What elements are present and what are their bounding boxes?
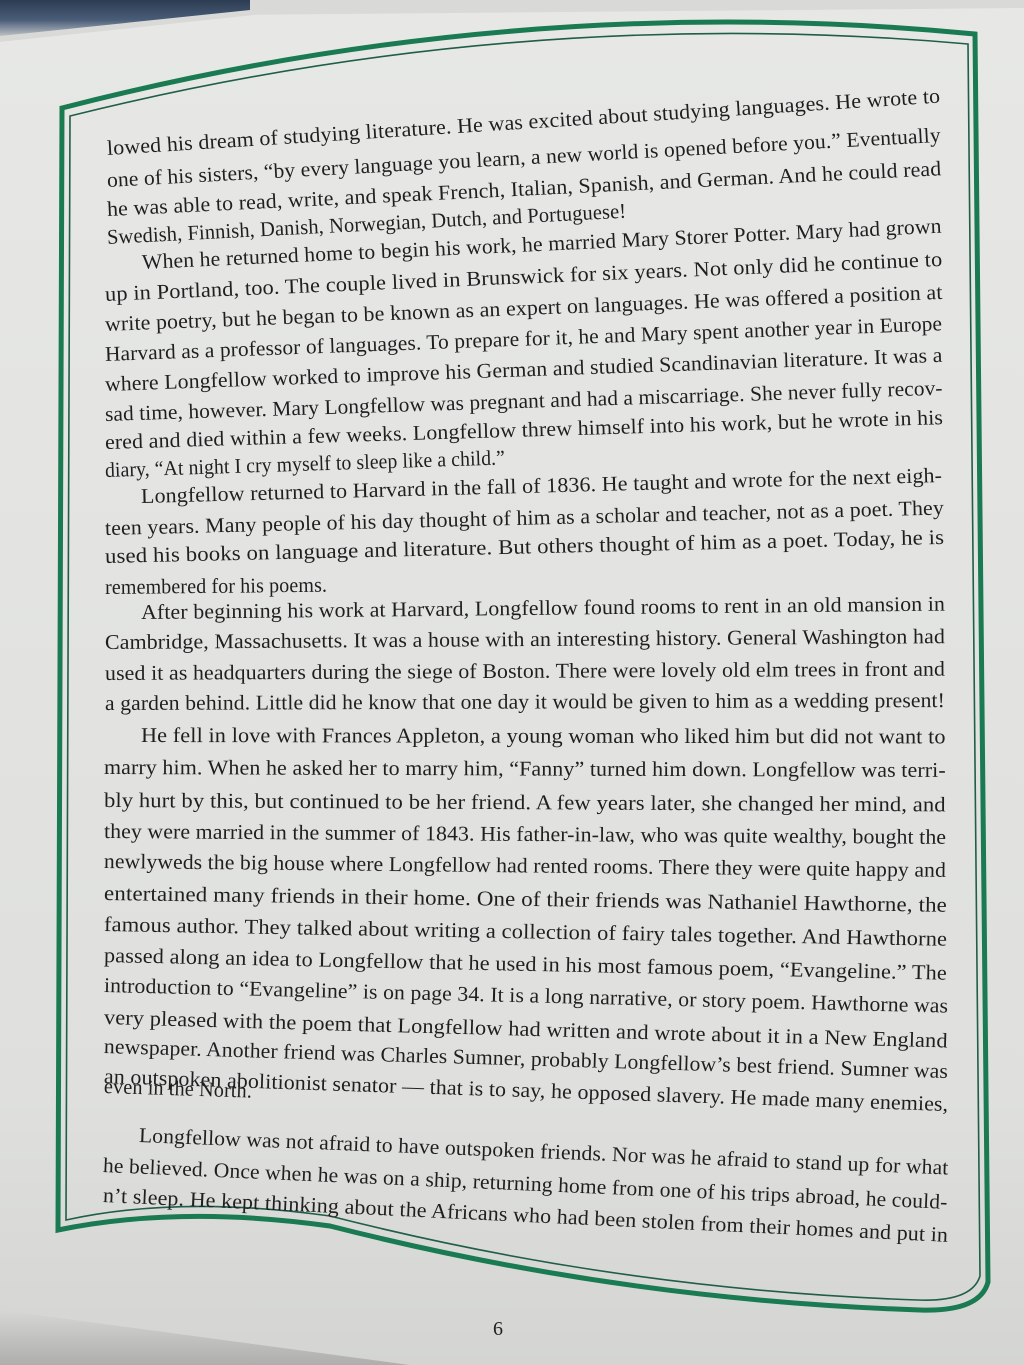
- text-line: marry him. When he asked her to marry hi…: [104, 757, 946, 781]
- text-line: After beginning his work at Harvard, Lon…: [141, 594, 945, 623]
- body-text: lowed his dream of studying literature. …: [0, 0, 1024, 1365]
- text-line: Cambridge, Massachusetts. It was a house…: [105, 626, 945, 653]
- text-line: famous author. They talked about writing…: [104, 914, 947, 950]
- text-line: used it as headquarters during the siege…: [105, 659, 945, 684]
- text-line: He fell in love with Frances Appleton, a…: [141, 725, 946, 747]
- text-line: remembered for his poems.: [105, 575, 327, 598]
- text-line: even in the North.: [104, 1076, 253, 1102]
- text-line: entertained many friends in their home. …: [104, 883, 947, 916]
- page-number: 6: [493, 1318, 503, 1341]
- text-line: they were married in the summer of 1843.…: [104, 821, 946, 848]
- text-line: a garden behind. Little did he know that…: [105, 690, 945, 714]
- text-line: newlyweds the big house where Longfellow…: [104, 851, 946, 881]
- text-line: bly hurt by this, but continued to be he…: [104, 790, 946, 815]
